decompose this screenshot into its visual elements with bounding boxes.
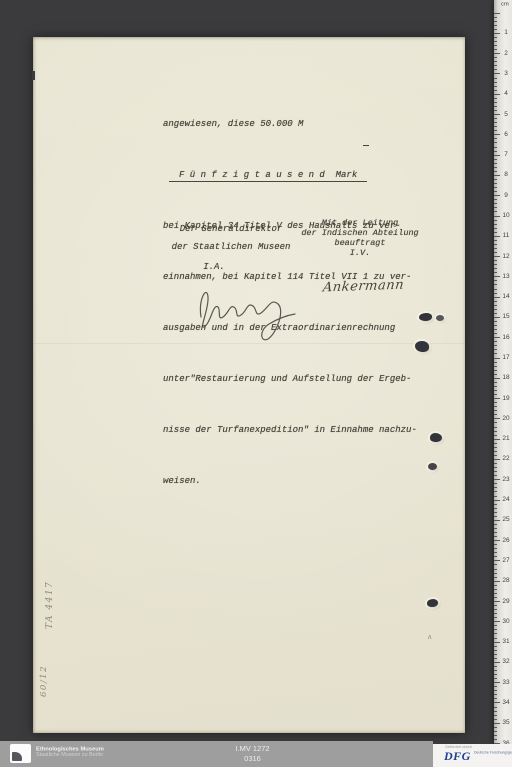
ruler-tick-minor <box>494 650 497 651</box>
ruler-tick-cm <box>494 702 500 703</box>
signer-abbrev: I.V. <box>295 248 425 258</box>
ruler-tick-minor <box>494 451 497 452</box>
ruler-tick-minor <box>494 248 497 249</box>
ruler-tick-minor <box>494 333 497 334</box>
ruler-tick-cm <box>494 621 500 622</box>
pencil-mark: ʌ <box>428 634 432 641</box>
ruler-tick-minor <box>494 49 497 50</box>
ruler-number: 26 <box>501 537 511 544</box>
ruler-number: 15 <box>501 313 511 320</box>
ruler-tick-minor <box>494 573 497 574</box>
ruler-tick-minor <box>494 402 497 403</box>
paper-hole <box>419 313 432 321</box>
ruler-tick-minor <box>494 301 497 302</box>
ruler-tick-cm <box>494 398 500 399</box>
ruler-tick-cm <box>494 33 500 34</box>
ruler-tick-minor <box>494 57 497 58</box>
ruler-number: 31 <box>501 638 511 645</box>
ruler-tick-minor <box>494 147 497 148</box>
ruler-tick-cm <box>494 682 500 683</box>
ruler-tick-minor <box>494 29 497 30</box>
ruler-number: 6 <box>501 131 511 138</box>
ruler-tick-minor <box>494 589 497 590</box>
ruler-number: 22 <box>501 455 511 462</box>
ruler-tick-minor <box>494 86 497 87</box>
ruler-tick-minor <box>494 98 497 99</box>
ruler-tick-minor <box>494 65 497 66</box>
ruler-number: 30 <box>501 618 511 625</box>
ruler-tick-minor <box>494 654 497 655</box>
ruler-tick-minor <box>494 463 497 464</box>
ruler-tick-minor <box>494 90 497 91</box>
ruler-tick-minor <box>494 362 497 363</box>
ruler-tick-minor <box>494 163 497 164</box>
ruler-number: 13 <box>501 273 511 280</box>
ruler-tick-cm <box>494 581 500 582</box>
document-identifier: I.MV 1272 0316 <box>170 744 335 764</box>
ruler-tick-minor <box>494 110 497 111</box>
ruler-number: 2 <box>501 50 511 57</box>
ruler-tick-minor <box>494 37 497 38</box>
ruler-tick-minor <box>494 191 497 192</box>
ruler-tick-minor <box>494 394 497 395</box>
ruler-tick-minor <box>494 638 497 639</box>
ruler-tick-minor <box>494 475 497 476</box>
ruler-tick-cm <box>494 560 500 561</box>
ruler-number: 10 <box>501 212 511 219</box>
ruler-tick-minor <box>494 284 497 285</box>
ruler-number: 3 <box>501 70 511 77</box>
ruler-tick-cm <box>494 94 500 95</box>
ruler-number: 29 <box>501 598 511 605</box>
paper-hole <box>415 341 429 352</box>
ruler-number: 25 <box>501 516 511 523</box>
ruler-tick-cm <box>494 134 500 135</box>
ruler-tick-minor <box>494 224 497 225</box>
ruler-number: 32 <box>501 658 511 665</box>
ruler-tick-minor <box>494 203 497 204</box>
ruler-tick-cm <box>494 642 500 643</box>
pencil-margin-note: TA 4417 <box>45 581 55 629</box>
ruler-tick-minor <box>494 414 497 415</box>
ruler-tick-minor <box>494 556 497 557</box>
ruler-tick-minor <box>494 715 497 716</box>
museum-text: Ethnologisches Museum Staatliche Museen … <box>36 746 104 758</box>
ruler-tick-minor <box>494 593 497 594</box>
ruler-tick-minor <box>494 17 497 18</box>
ruler-tick-minor <box>494 21 497 22</box>
ruler-tick-minor <box>494 41 497 42</box>
ruler-tick-minor <box>494 179 497 180</box>
signer-title: der Indischen Abteilung <box>295 228 425 238</box>
ruler-tick-minor <box>494 544 497 545</box>
paper-hole <box>436 315 444 321</box>
document-page: angewiesen, diese 50.000 M F ü n f z i g… <box>33 37 465 733</box>
ruler-tick-cm <box>494 601 500 602</box>
ruler-tick-minor <box>494 142 497 143</box>
ruler-tick-cm <box>494 723 500 724</box>
ruler-tick-minor <box>494 646 497 647</box>
ruler-tick-minor <box>494 329 497 330</box>
ruler-tick-minor <box>494 524 497 525</box>
shelfmark: I.MV 1272 <box>170 744 335 754</box>
ruler-tick-minor <box>494 633 497 634</box>
ruler-number: 24 <box>501 496 511 503</box>
handwritten-signature-left <box>191 273 301 345</box>
ruler-tick-minor <box>494 45 497 46</box>
ruler-tick-minor <box>494 548 497 549</box>
ruler-number: 9 <box>501 192 511 199</box>
ruler-tick-minor <box>494 467 497 468</box>
ruler-tick-minor <box>494 321 497 322</box>
museum-logo-glyph <box>12 752 22 761</box>
ruler-tick-minor <box>494 268 497 269</box>
ruler-tick-minor <box>494 102 497 103</box>
ruler-tick-minor <box>494 496 497 497</box>
footer-bar: Ethnologisches Museum Staatliche Museen … <box>0 741 433 767</box>
signer-title: der Staatlichen Museen <box>146 238 316 256</box>
ruler-tick-minor <box>494 240 497 241</box>
ruler-tick-cm <box>494 114 500 115</box>
ruler-tick-cm <box>494 337 500 338</box>
ruler-tick-cm <box>494 540 500 541</box>
ruler-tick-minor <box>494 353 497 354</box>
ruler-tick-minor <box>494 199 497 200</box>
ruler-unit-label: cm <box>501 1 509 7</box>
typed-line: weisen. <box>163 473 443 490</box>
ruler-tick-minor <box>494 431 497 432</box>
ruler-tick-minor <box>494 126 497 127</box>
ruler-tick-minor <box>494 260 497 261</box>
ruler-tick-minor <box>494 171 497 172</box>
ruler-tick-cm <box>494 236 500 237</box>
signer-title: beauftragt <box>295 238 425 248</box>
ruler-tick-minor <box>494 187 497 188</box>
ruler-tick-minor <box>494 617 497 618</box>
ruler-tick-minor <box>494 585 497 586</box>
ruler-tick-cm <box>494 378 500 379</box>
ruler-tick-minor <box>494 130 497 131</box>
ruler-tick-cm <box>494 358 500 359</box>
ruler-tick-minor <box>494 674 497 675</box>
ruler-tick-minor <box>494 220 497 221</box>
ruler-tick-minor <box>494 609 497 610</box>
ruler-tick-minor <box>494 678 497 679</box>
museum-subtitle: Staatliche Museen zu Berlin <box>36 752 104 758</box>
ruler-tick-minor <box>494 731 497 732</box>
ruler-tick-minor <box>494 491 497 492</box>
ruler-tick-minor <box>494 613 497 614</box>
typed-line: nisse der Turfanexpedition" in Einnahme … <box>163 422 443 439</box>
ruler-tick-minor <box>494 577 497 578</box>
ruler-tick-minor <box>494 512 497 513</box>
ruler-number: 1 <box>501 29 511 36</box>
ruler-tick-minor <box>494 528 497 529</box>
ruler-tick-minor <box>494 78 497 79</box>
ruler-tick-minor <box>494 151 497 152</box>
ruler-tick-minor <box>494 228 497 229</box>
ruler-tick-minor <box>494 625 497 626</box>
ruler-tick-minor <box>494 232 497 233</box>
ruler-tick-minor <box>494 366 497 367</box>
ruler-number: 33 <box>501 679 511 686</box>
signer-title: Der Generaldirektor <box>146 220 316 238</box>
ruler-number: 16 <box>501 334 511 341</box>
ruler-tick-minor <box>494 289 497 290</box>
ruler-tick-cm <box>494 662 500 663</box>
ruler-number: 11 <box>501 232 511 239</box>
ruler-tick-cm <box>494 520 500 521</box>
ruler-tick-cm <box>494 297 500 298</box>
ruler-tick-minor <box>494 69 497 70</box>
ruler-tick-minor <box>494 118 497 119</box>
ruler-tick-minor <box>494 106 497 107</box>
ruler-tick-minor <box>494 410 497 411</box>
ruler-tick-cm <box>494 155 500 156</box>
ruler-tick-minor <box>494 552 497 553</box>
signer-block-left: Der Generaldirektor der Staatlichen Muse… <box>146 220 316 276</box>
ruler-tick-minor <box>494 435 497 436</box>
ruler-tick-minor <box>494 293 497 294</box>
ruler-tick-minor <box>494 272 497 273</box>
ruler-tick-cm <box>494 479 500 480</box>
ruler-tick-minor <box>494 483 497 484</box>
ruler-tick-minor <box>494 374 497 375</box>
ruler-tick-minor <box>494 422 497 423</box>
ruler-tick-minor <box>494 264 497 265</box>
ruler-tick-minor <box>494 487 497 488</box>
ruler-tick-cm <box>494 500 500 501</box>
ruler-number: 19 <box>501 395 511 402</box>
ruler-number: 34 <box>501 699 511 706</box>
ruler-tick-minor <box>494 569 497 570</box>
ruler-tick-minor <box>494 694 497 695</box>
paper-edge-notch <box>32 71 35 80</box>
ruler-tick-cm <box>494 53 500 54</box>
ruler-tick-minor <box>494 390 497 391</box>
ruler-tick-minor <box>494 313 497 314</box>
handwritten-signature-right: Ankermann <box>322 278 405 296</box>
paper-hole <box>427 599 438 607</box>
ruler-tick-minor <box>494 605 497 606</box>
ruler-tick-minor <box>494 666 497 667</box>
signer-title: Mit der Leitung <box>295 218 425 228</box>
ruler-number: 20 <box>501 415 511 422</box>
ruler-tick-cm <box>494 459 500 460</box>
ruler-tick-minor <box>494 325 497 326</box>
ruler-number: 8 <box>501 171 511 178</box>
ruler-tick-minor <box>494 707 497 708</box>
ruler-tick-minor <box>494 532 497 533</box>
ruler-tick-minor <box>494 658 497 659</box>
ruler-tick-cm <box>494 317 500 318</box>
ruler-number: 23 <box>501 476 511 483</box>
ruler-number: 14 <box>501 293 511 300</box>
ruler-tick-minor <box>494 719 497 720</box>
ruler-tick-minor <box>494 629 497 630</box>
ruler-tick-minor <box>494 455 497 456</box>
ruler-number: 21 <box>501 435 511 442</box>
typed-line: unter"Restaurierung und Aufstellung der … <box>163 371 443 388</box>
ruler-tick-minor <box>494 386 497 387</box>
funder-name: Deutsche Forschungsgemeinschaft <box>474 751 512 755</box>
ruler-tick-minor <box>494 183 497 184</box>
ruler-tick-cm <box>494 175 500 176</box>
ruler-tick-minor <box>494 727 497 728</box>
ruler-tick-minor <box>494 686 497 687</box>
digit-underline <box>363 145 369 146</box>
dfg-logo: DFG <box>444 749 471 764</box>
funder-logo-box: Gefördert durch DFG Deutsche Forschungsg… <box>433 744 512 767</box>
ruler-tick-minor <box>494 698 497 699</box>
ruler-tick-minor <box>494 670 497 671</box>
ruler-tick-cm <box>494 276 500 277</box>
ruler-tick-minor <box>494 167 497 168</box>
ruler-tick-minor <box>494 690 497 691</box>
ruler-number: 18 <box>501 374 511 381</box>
scan-viewport: angewiesen, diese 50.000 M F ü n f z i g… <box>0 0 512 767</box>
ruler-number: 5 <box>501 111 511 118</box>
amount-heading: F ü n f z i g t a u s e n d Mark <box>169 167 443 184</box>
ruler-tick-minor <box>494 82 497 83</box>
ruler-number: 7 <box>501 151 511 158</box>
ruler-number: 28 <box>501 577 511 584</box>
ruler-tick-minor <box>494 564 497 565</box>
ruler-tick-minor <box>494 309 497 310</box>
ruler-number: 35 <box>501 719 511 726</box>
ruler-tick-minor <box>494 516 497 517</box>
ruler-tick-minor <box>494 305 497 306</box>
ruler-number: 4 <box>501 90 511 97</box>
ruler-tick-minor <box>494 443 497 444</box>
ruler-tick-minor <box>494 406 497 407</box>
ruler-tick-cm <box>494 418 500 419</box>
signer-block-right: Mit der Leitung der Indischen Abteilung … <box>295 218 425 258</box>
ruler-tick-minor <box>494 504 497 505</box>
ruler-tick-minor <box>494 735 497 736</box>
ruler: cm 1234567891011121314151617181920212223… <box>494 0 512 744</box>
ruler-tick-minor <box>494 211 497 212</box>
ruler-number: 17 <box>501 354 511 361</box>
ruler-tick-cm <box>494 216 500 217</box>
ruler-tick-minor <box>494 341 497 342</box>
ruler-tick-minor <box>494 244 497 245</box>
ruler-tick-cm <box>494 195 500 196</box>
ruler-tick-cm <box>494 439 500 440</box>
ruler-tick-minor <box>494 207 497 208</box>
pencil-margin-note: 60/12 <box>39 665 49 697</box>
typed-line: angewiesen, diese 50.000 M <box>163 116 443 133</box>
museum-logo-icon <box>10 744 31 763</box>
paper-hole <box>428 463 437 470</box>
ruler-tick-minor <box>494 370 497 371</box>
ruler-tick-minor <box>494 349 497 350</box>
ruler-tick-cm <box>494 73 500 74</box>
scan-number: 0316 <box>170 754 335 764</box>
ruler-tick-minor <box>494 508 497 509</box>
ruler-tick-minor <box>494 138 497 139</box>
ruler-tick-minor <box>494 61 497 62</box>
ruler-number: 27 <box>501 557 511 564</box>
ruler-tick-minor <box>494 25 497 26</box>
ruler-tick-minor <box>494 597 497 598</box>
ruler-tick-minor <box>494 471 497 472</box>
ruler-tick-minor <box>494 382 497 383</box>
paper-hole <box>430 433 442 442</box>
ruler-tick-cm <box>494 256 500 257</box>
ruler-tick-minor <box>494 252 497 253</box>
ruler-tick-minor <box>494 280 497 281</box>
ruler-tick-minor <box>494 345 497 346</box>
ruler-number: 12 <box>501 253 511 260</box>
ruler-tick-minor <box>494 536 497 537</box>
ruler-tick-minor <box>494 122 497 123</box>
ruler-tick-cm <box>494 13 500 14</box>
ruler-tick-minor <box>494 447 497 448</box>
ruler-tick-minor <box>494 711 497 712</box>
ruler-tick-minor <box>494 739 497 740</box>
ruler-tick-minor <box>494 427 497 428</box>
ruler-tick-minor <box>494 159 497 160</box>
